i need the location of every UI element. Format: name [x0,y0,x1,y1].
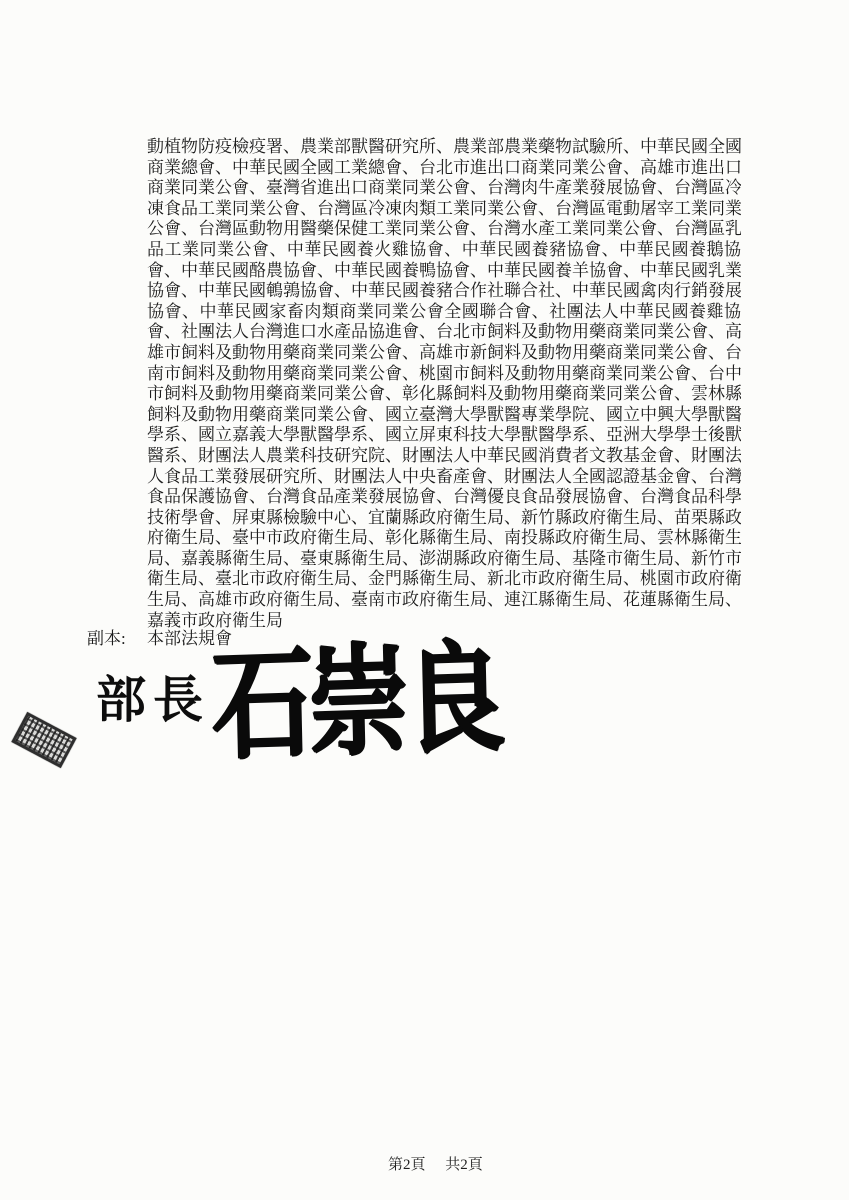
document-page: 動植物防疫檢疫署、農業部獸醫研究所、農業部農業藥物試驗所、中華民國全國商業總會、… [0,0,849,1200]
recipient-list: 動植物防疫檢疫署、農業部獸醫研究所、農業部農業藥物試驗所、中華民國全國商業總會、… [147,137,741,631]
recipient-line: 凍食品工業同業公會、台灣區冷凍肉類工業同業公會、台灣區電動屠宰工業同業 [147,199,741,220]
page-total: 共2頁 [445,1157,483,1173]
recipient-line: 嘉義市政府衛生局 [147,611,741,632]
copy-label: 副本: [87,629,147,650]
recipient-line: 公會、台灣區動物用醫藥保健工業同業公會、台灣水產工業同業公會、台灣區乳 [147,219,741,240]
recipient-line: 協會、中華民國鵪鶉協會、中華民國養豬合作社聯合社、中華民國禽肉行銷發展 [147,281,741,302]
minister-title: 部長 [96,672,210,728]
recipient-line: 商業總會、中華民國全國工業總會、台北市進出口商業同業公會、高雄市進出口 [147,158,741,179]
recipient-line: 府衛生局、臺中市政府衛生局、彰化縣衛生局、南投縣政府衛生局、雲林縣衛生 [147,528,741,549]
recipient-line: 會、社團法人台灣進口水產品協進會、台北市飼料及動物用藥商業同業公會、高 [147,322,741,343]
page-footer: 第2頁 共2頁 [388,1155,483,1175]
recipient-line: 食品保護協會、台灣食品產業發展協會、台灣優良食品發展協會、台灣食品科學 [147,487,741,508]
recipient-line: 協會、中華民國家畜肉類商業同業公會全國聯合會、社團法人中華民國養雞協 [147,302,741,323]
recipient-line: 技術學會、屏東縣檢驗中心、宜蘭縣政府衛生局、新竹縣政府衛生局、苗栗縣政 [147,508,741,529]
recipient-line: 雄市飼料及動物用藥商業同業公會、高雄市新飼料及動物用藥商業同業公會、台 [147,343,741,364]
recipient-line: 飼料及動物用藥商業同業公會、國立臺灣大學獸醫專業學院、國立中興大學獸醫 [147,405,741,426]
recipient-line: 商業同業公會、臺灣省進出口商業同業公會、台灣肉牛產業發展協會、台灣區冷 [147,178,741,199]
recipient-line: 南市飼料及動物用藥商業同業公會、桃園市飼料及動物用藥商業同業公會、台中 [147,364,741,385]
recipient-line: 市飼料及動物用藥商業同業公會、彰化縣飼料及動物用藥商業同業公會、雲林縣 [147,384,741,405]
recipient-line: 生局、高雄市政府衛生局、臺南市政府衛生局、連江縣衛生局、花蓮縣衛生局、 [147,590,741,611]
page-number: 第2頁 [388,1157,426,1173]
recipient-line: 局、嘉義縣衛生局、臺東縣衛生局、澎湖縣政府衛生局、基隆市衛生局、新竹市 [147,549,741,570]
recipient-line: 人食品工業發展研究所、財團法人中央畜產會、財團法人全國認證基金會、台灣 [147,467,741,488]
recipient-line: 學系、國立嘉義大學獸醫學系、國立屏東科技大學獸醫學系、亞洲大學學士後獸 [147,425,741,446]
recipient-line: 動植物防疫檢疫署、農業部獸醫研究所、農業部農業藥物試驗所、中華民國全國 [147,137,741,158]
recipient-line: 衛生局、臺北市政府衛生局、金門縣衛生局、新北市政府衛生局、桃園市政府衛 [147,569,741,590]
recipient-line: 品工業同業公會、中華民國養火雞協會、中華民國養豬協會、中華民國養鵝協 [147,240,741,261]
recipient-line: 醫系、財團法人農業科技研究院、財團法人中華民國消費者文教基金會、財團法 [147,446,741,467]
registration-stamp-icon [11,712,76,768]
minister-signature: 石崇良 [210,629,500,776]
recipient-line: 會、中華民國酪農協會、中華民國養鴨協會、中華民國養羊協會、中華民國乳業 [147,261,741,282]
